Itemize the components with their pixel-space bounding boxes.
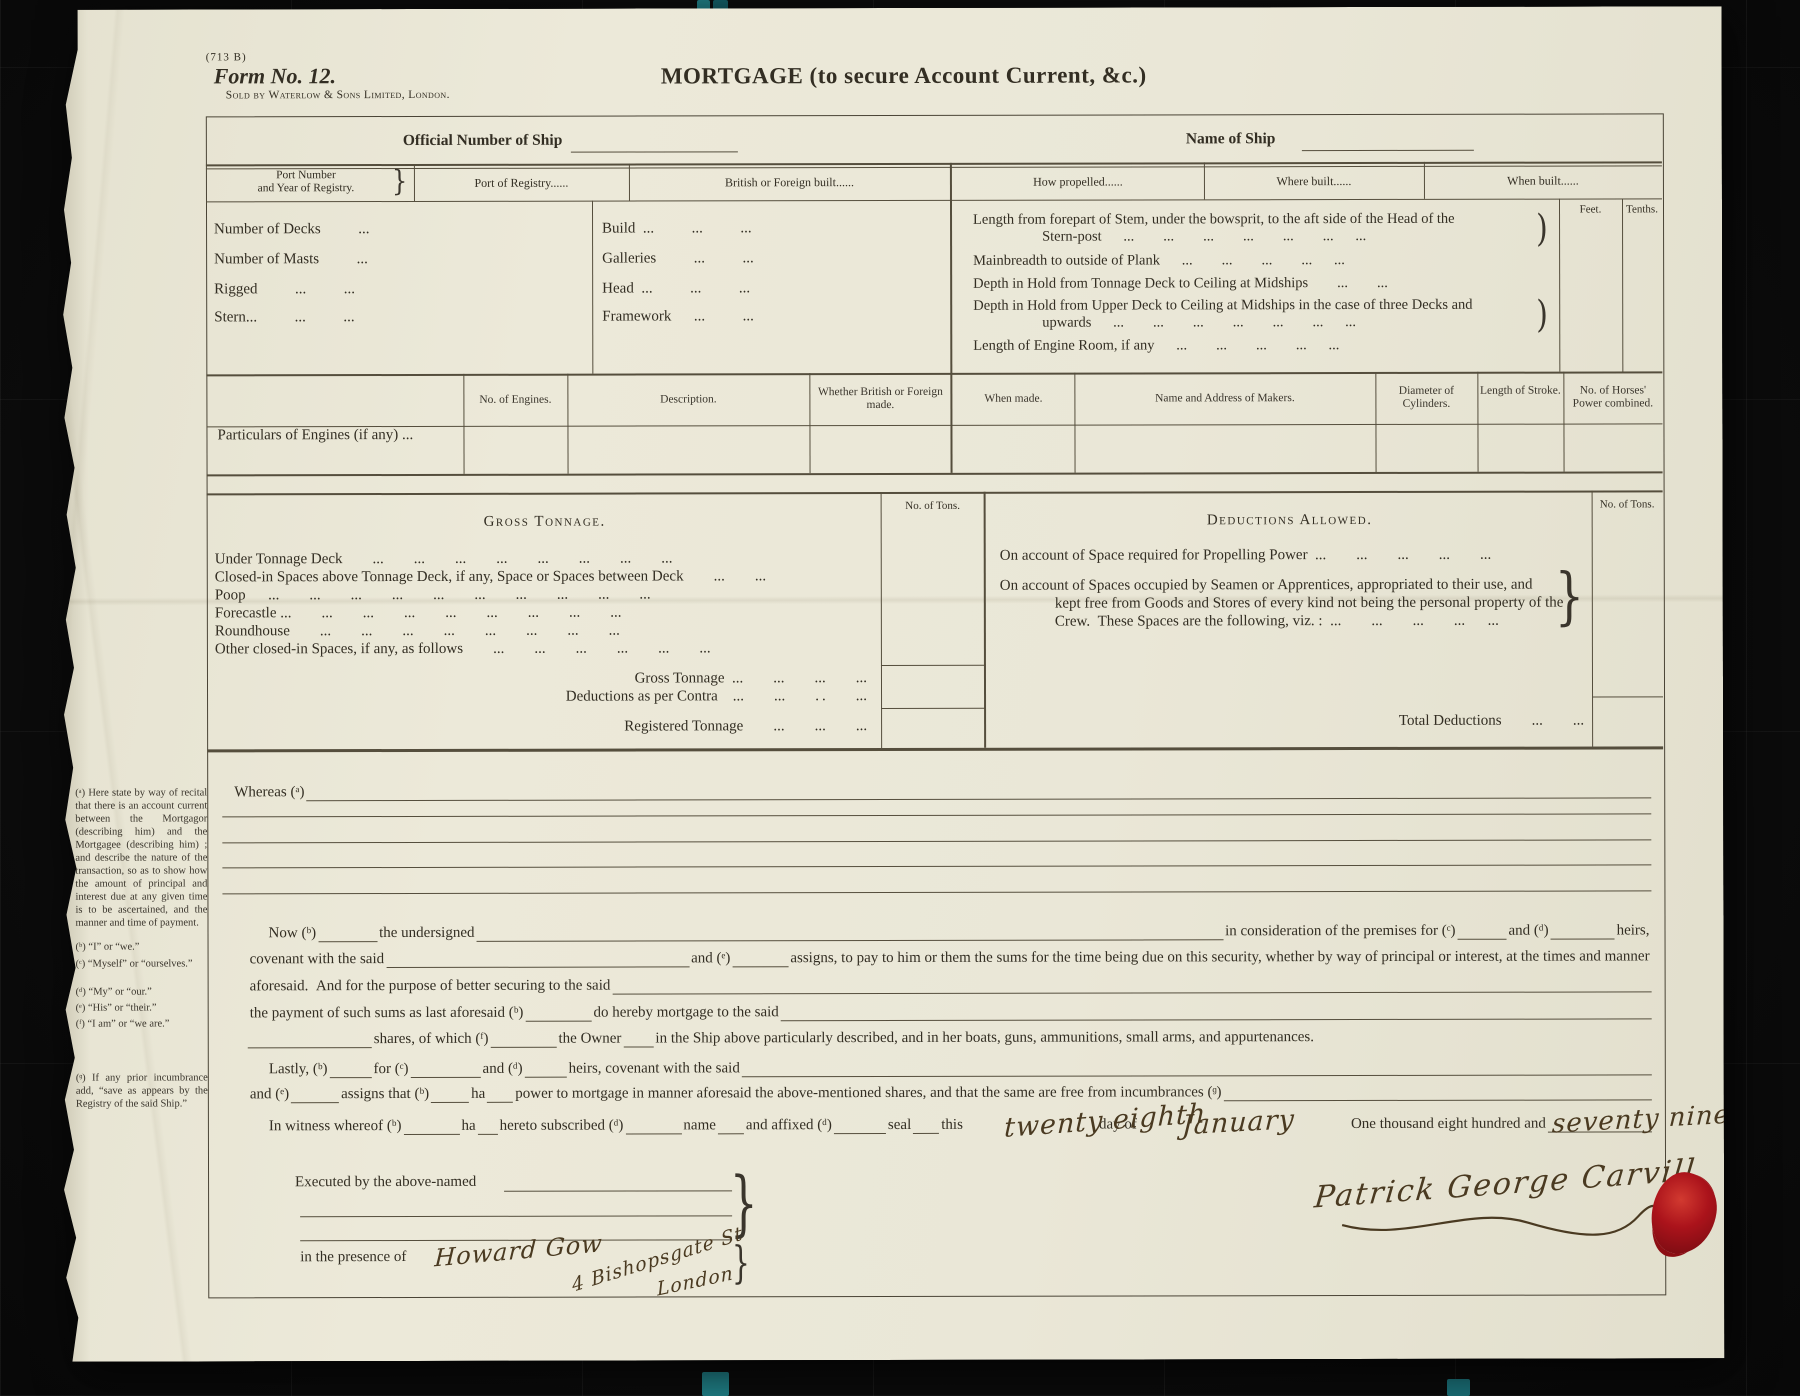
fill-blank	[487, 1088, 513, 1103]
margin-note-b: (ᵇ) “I” or “we.”	[76, 940, 208, 953]
fill-blank	[1551, 924, 1615, 939]
fill-blank	[742, 1060, 1652, 1077]
document-title: MORTGAGE (to secure Account Current, &c.…	[524, 62, 1284, 90]
now-line-2: covenant with the said and (ᵉ) assigns, …	[248, 948, 1652, 968]
fill-blank	[248, 1033, 372, 1048]
fill-blank	[1223, 1085, 1651, 1101]
deductions-allowed-title: Deductions Allowed.	[1045, 512, 1535, 530]
fill-blank	[625, 1119, 681, 1134]
deduction-item-2c: Crew. These Spaces are the following, vi…	[1055, 613, 1499, 631]
fill-blank	[291, 1088, 339, 1103]
teal-tag-bottom-center	[702, 1372, 729, 1396]
whereas-blank	[307, 783, 1652, 801]
registry-col-year: and Year of Registry.	[216, 182, 396, 194]
deduction-item-1: On account of Space required for Propell…	[1000, 547, 1492, 565]
margin-note-c: (ᶜ) “Myself” or “ourselves.”	[76, 957, 208, 970]
now-line-3: aforesaid. And for the purpose of better…	[248, 975, 1652, 995]
teal-tag-bottom-right	[1447, 1379, 1470, 1396]
handwritten-month: January	[1181, 1104, 1295, 1141]
engines-col-origin: Whether British or Foreign made.	[811, 386, 949, 412]
tonnage-item: Forecastle ... ... ... ... ... ... ... .…	[215, 605, 622, 623]
witness-line: In witness whereof (ᵇ) ha hereto subscri…	[267, 1115, 1652, 1135]
dim-masts: Number of Masts ...	[214, 251, 368, 268]
fill-blank	[732, 952, 788, 967]
now-text: heirs,	[1615, 922, 1652, 939]
executed-label: Executed by the above-named	[295, 1174, 476, 1191]
whereas-label: Whereas (ᵃ)	[232, 784, 306, 801]
name-of-ship-label: Name of Ship	[1186, 130, 1276, 148]
tonnage-item: Poop ... ... ... ... ... ... ... ... ...…	[215, 586, 651, 604]
tonnage-item: Roundhouse ... ... ... ... ... ... ... .…	[215, 623, 620, 641]
rule	[567, 374, 568, 474]
rule	[809, 373, 810, 473]
lastly-line-1: Lastly, (ᵇ) for (ᶜ) and (ᵈ) heirs, coven…	[267, 1058, 1652, 1078]
measure-mainbreadth: Mainbreadth to outside of Plank ... ... …	[973, 252, 1345, 270]
now-text: and (ᵉ)	[689, 950, 732, 967]
total-deductions: Total Deductions ... ...	[1165, 713, 1584, 731]
margin-note-d: (ᵈ) “My” or “our.”	[76, 985, 208, 998]
deduction-item-2a: On account of Spaces occupied by Seamen …	[1000, 577, 1533, 595]
margin-note-f: (ᶠ) “I am” or “we are.”	[76, 1017, 208, 1030]
now-text: covenant with the said	[248, 951, 387, 968]
lastly-text: for (ᶜ)	[371, 1061, 410, 1078]
engines-col-description: Description.	[569, 393, 807, 406]
registry-col-propelled: How propelled......	[952, 174, 1204, 190]
deductions-per-contra-sum: Deductions as per Contra ... ... . . ...	[355, 688, 867, 706]
witness-text: One thousand eight hundred and	[1349, 1116, 1548, 1133]
margin-note-e: (ᵉ) “His” or “their.”	[76, 1001, 208, 1014]
document-wrapper: (713 B) Form No. 12. Sold by Waterlow & …	[55, 8, 1723, 1360]
lastly-text: and (ᵉ)	[248, 1086, 291, 1103]
measure-brace-2: )	[1536, 293, 1548, 337]
fill-blank	[834, 1119, 886, 1134]
registry-brace: }	[392, 164, 407, 198]
dim-decks: Number of Decks ...	[214, 221, 369, 238]
presence-brace: }	[732, 1238, 750, 1289]
engines-col-horses: No. of Horses' Power combined.	[1565, 384, 1660, 410]
fill-blank	[913, 1119, 939, 1134]
engines-col-cylinders: Diameter of Cylinders.	[1377, 385, 1475, 411]
now-text: shares, of which (ᶠ)	[372, 1031, 491, 1048]
witness-text: this	[939, 1117, 965, 1134]
lastly-text: ha	[469, 1086, 487, 1103]
now-line-4: the payment of such sums as last aforesa…	[248, 1002, 1652, 1022]
now-text: assigns, to pay to him or them the sums …	[788, 948, 1651, 967]
engines-col-makers: Name and Address of Makers.	[1076, 392, 1373, 406]
fill-blank	[478, 1120, 498, 1135]
fill-blank	[411, 1063, 481, 1078]
lastly-text: and (ᵈ)	[481, 1061, 525, 1078]
now-text: aforesaid. And for the purpose of better…	[248, 978, 613, 996]
margin-note-a: (ᵃ) Here state by way of recital that th…	[75, 786, 207, 929]
official-number-label: Official Number of Ship	[403, 132, 563, 150]
lastly-text: assigns that (ᵇ)	[339, 1086, 431, 1103]
feet-header: Feet.	[1559, 203, 1622, 215]
deduction-brace: }	[1555, 559, 1584, 632]
lastly-text: power to mortgage in manner aforesaid th…	[513, 1084, 1223, 1102]
now-line-1: Now (ᵇ) the undersigned in consideration…	[267, 922, 1652, 942]
witness-text: seal	[886, 1117, 913, 1134]
measure-brace-1: )	[1536, 207, 1548, 251]
registry-col-port-number: Port Number	[216, 169, 396, 181]
tonnage-item: Other closed-in Spaces, if any, as follo…	[215, 640, 711, 658]
sold-by-line: Sold by Waterlow & Sons Limited, London.	[226, 89, 450, 101]
now-text: in the Ship above particularly described…	[653, 1029, 1316, 1047]
fill-blank	[490, 1033, 556, 1048]
tenths-header: Tenths.	[1622, 203, 1662, 215]
fill-blank	[329, 1063, 371, 1078]
engines-col-when-made: When made.	[954, 393, 1072, 406]
fill-blank	[476, 925, 1223, 942]
tons-header-right: No. of Tons.	[1592, 498, 1663, 510]
now-line-5: shares, of which (ᶠ) the Owner in the Sh…	[248, 1028, 1652, 1048]
witness-text: and affixed (ᵈ)	[744, 1117, 834, 1134]
registered-tonnage-sum: Registered Tonnage ... ... ...	[355, 718, 867, 736]
dim-head: Head ... ... ...	[602, 280, 750, 297]
rule	[1074, 373, 1075, 473]
engines-row-label: Particulars of Engines (if any) ...	[217, 427, 413, 444]
now-text: and (ᵈ)	[1507, 923, 1551, 940]
now-text: do hereby mortgage to the said	[591, 1004, 780, 1021]
gross-tonnage-sum: Gross Tonnage ... ... ... ...	[355, 670, 867, 688]
now-text: in consideration of the premises for (ᶜ)	[1223, 923, 1457, 940]
fill-blank	[431, 1088, 469, 1103]
dim-stern: Stern... ... ...	[214, 309, 354, 326]
document-paper: (713 B) Form No. 12. Sold by Waterlow & …	[54, 6, 1725, 1361]
fill-blank	[781, 1004, 1652, 1021]
form-code: (713 B)	[206, 51, 247, 63]
rule	[1592, 696, 1663, 697]
measure-length-1: Length from forepart of Stem, under the …	[973, 211, 1455, 229]
registry-col-where-built: Where built......	[1204, 174, 1424, 189]
fill-blank	[525, 1007, 591, 1022]
measure-length-2: Stern-post ... ... ... ... ... ... ...	[1042, 228, 1366, 246]
witness-text: ha	[459, 1118, 477, 1135]
now-text: Now (ᵇ)	[267, 925, 319, 942]
deduction-item-2b: kept free from Goods and Stores of every…	[1055, 595, 1564, 613]
signature-flourish	[1338, 1198, 1668, 1243]
measure-engine-room: Length of Engine Room, if any ... ... ..…	[973, 337, 1339, 355]
rule	[463, 374, 464, 474]
rule	[1563, 372, 1564, 472]
measure-depth-upper-1: Depth in Hold from Upper Deck to Ceiling…	[973, 297, 1472, 315]
lastly-text: heirs, covenant with the said	[567, 1060, 742, 1077]
rule	[1477, 372, 1478, 472]
engines-col-stroke: Length of Stroke.	[1479, 385, 1561, 398]
tons-header-left: No. of Tons.	[881, 500, 985, 512]
registry-col-built: British or Foreign built......	[629, 175, 950, 191]
fill-blank	[318, 927, 377, 942]
whereas-line: Whereas (ᵃ)	[232, 781, 1651, 801]
now-text: the undersigned	[377, 925, 476, 942]
rule	[881, 708, 985, 709]
registry-col-port-of-registry: Port of Registry......	[414, 176, 629, 191]
measure-depth-upper-2: upwards ... ... ... ... ... ... ...	[1042, 314, 1356, 332]
gross-tonnage-title: Gross Tonnage.	[305, 513, 785, 531]
lastly-line-2: and (ᵉ) assigns that (ᵇ) ha power to mor…	[248, 1083, 1652, 1103]
tonnage-item: Closed-in Spaces above Tonnage Deck, if …	[215, 568, 766, 586]
margin-note-g: (ᶢ) If any prior incumbrance add, “save …	[76, 1071, 208, 1110]
fill-blank	[525, 1063, 567, 1078]
dim-galleries: Galleries ... ...	[602, 250, 754, 267]
fill-blank	[1458, 925, 1507, 940]
witness-text: name	[681, 1117, 718, 1134]
presence-label: in the presence of	[300, 1249, 406, 1266]
rule	[1375, 372, 1376, 472]
scanner-background: (713 B) Form No. 12. Sold by Waterlow & …	[0, 0, 1800, 1396]
witness-text: In witness whereof (ᵇ)	[267, 1118, 404, 1135]
dim-build: Build ... ... ...	[602, 220, 752, 237]
form-number: Form No. 12.	[214, 63, 336, 89]
tonnage-item: Under Tonnage Deck ... ... ... ... ... .…	[215, 550, 673, 568]
fill-blank	[403, 1120, 459, 1135]
fill-blank	[386, 952, 689, 968]
lastly-text: Lastly, (ᵇ)	[267, 1061, 330, 1078]
registry-col-when-built: When built......	[1424, 173, 1662, 188]
witness-text: hereto subscribed (ᵈ)	[498, 1118, 626, 1135]
fill-blank	[612, 977, 1651, 994]
engines-col-number: No. of Engines.	[465, 394, 565, 407]
now-text: the Owner	[556, 1031, 623, 1048]
dim-framework: Framework ... ...	[602, 308, 754, 325]
fill-blank	[718, 1119, 744, 1134]
measure-depth-tonnage: Depth in Hold from Tonnage Deck to Ceili…	[973, 275, 1388, 293]
fill-blank	[623, 1032, 653, 1047]
dim-rigged: Rigged ... ...	[214, 281, 355, 298]
now-text: the payment of such sums as last aforesa…	[248, 1005, 526, 1023]
rule	[881, 665, 985, 666]
